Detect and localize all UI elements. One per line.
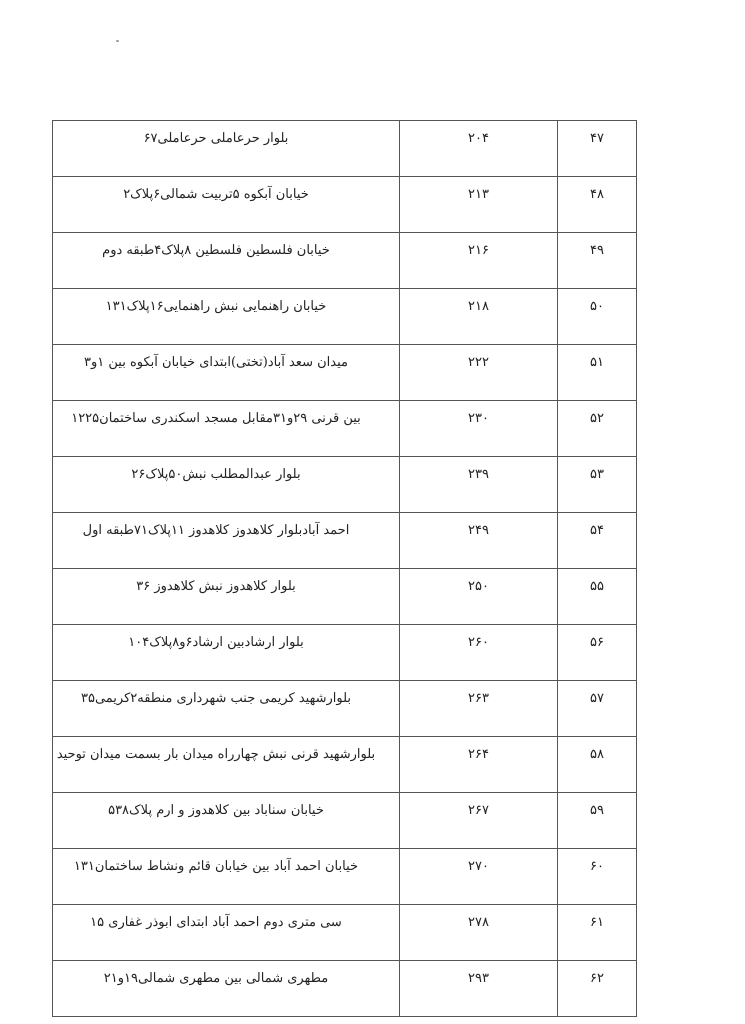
row-index: ۶۱ [558,905,637,961]
row-address: بلوارشهید کریمی جنب شهرداری منطقه۲کریمی۳… [53,681,400,737]
row-index: ۵۴ [558,513,637,569]
row-index: ۴۷ [558,121,637,177]
row-code: ۲۱۸ [400,289,558,345]
row-index: ۵۶ [558,625,637,681]
row-index: ۴۸ [558,177,637,233]
row-code: ۲۱۶ [400,233,558,289]
row-index: ۶۲ [558,961,637,1017]
table-row: ۴۸۲۱۳خیابان آبکوه ۵تربیت شمالی۶پلاک۲ [53,177,637,233]
address-table: ۴۷۲۰۴بلوار حرعاملی حرعاملی۶۷ ۴۸۲۱۳خیابان… [52,120,637,1017]
row-address: خیابان فلسطین فلسطین ۸پلاک۴طبقه دوم [53,233,400,289]
row-index: ۵۸ [558,737,637,793]
row-address: خیابان آبکوه ۵تربیت شمالی۶پلاک۲ [53,177,400,233]
row-code: ۲۳۹ [400,457,558,513]
table-row: ۵۴۲۴۹احمد آبادبلوار کلاهدوز کلاهدوز ۱۱پل… [53,513,637,569]
row-address: احمد آبادبلوار کلاهدوز کلاهدوز ۱۱پلاک۷۱ط… [53,513,400,569]
row-address: بلوارشهید قرنی نبش چهارراه میدان بار بسم… [53,737,400,793]
table-row: ۵۲۲۳۰بین قرنی ۲۹و۳۱مقابل مسجد اسکندری سا… [53,401,637,457]
row-code: ۲۰۴ [400,121,558,177]
row-address: مطهری شمالی بین مطهری شمالی۱۹و۲۱ [53,961,400,1017]
table-row: ۴۷۲۰۴بلوار حرعاملی حرعاملی۶۷ [53,121,637,177]
row-address: خیابان سناباد بین کلاهدوز و ارم پلاک۵۳۸ [53,793,400,849]
row-code: ۲۶۰ [400,625,558,681]
row-index: ۵۷ [558,681,637,737]
row-code: ۲۵۰ [400,569,558,625]
row-index: ۵۱ [558,345,637,401]
table-row: ۴۹۲۱۶خیابان فلسطین فلسطین ۸پلاک۴طبقه دوم [53,233,637,289]
table-row: ۵۷۲۶۳بلوارشهید کریمی جنب شهرداری منطقه۲ک… [53,681,637,737]
row-code: ۲۴۹ [400,513,558,569]
row-address: بین قرنی ۲۹و۳۱مقابل مسجد اسکندری ساختمان… [53,401,400,457]
row-index: ۴۹ [558,233,637,289]
row-address: سی متری دوم احمد آباد ابتدای ابوذر غفاری… [53,905,400,961]
row-code: ۲۶۳ [400,681,558,737]
row-index: ۵۵ [558,569,637,625]
table-row: ۵۰۲۱۸خیابان راهنمایی نبش راهنمایی۱۶پلاک۱… [53,289,637,345]
row-address: میدان سعد آباد(تختی)ابتدای خیابان آبکوه … [53,345,400,401]
row-index: ۶۰ [558,849,637,905]
row-index: ۵۳ [558,457,637,513]
row-address: بلوار عبدالمطلب نبش۵۰پلاک۲۶ [53,457,400,513]
row-address: خیابان راهنمایی نبش راهنمایی۱۶پلاک۱۳۱ [53,289,400,345]
row-code: ۲۷۸ [400,905,558,961]
row-index: ۵۲ [558,401,637,457]
row-code: ۲۶۴ [400,737,558,793]
table-row: ۵۱۲۲۲میدان سعد آباد(تختی)ابتدای خیابان آ… [53,345,637,401]
scan-speck [116,40,119,42]
row-address: بلوار ارشادبین ارشاد۶و۸پلاک۱۰۴ [53,625,400,681]
row-code: ۲۹۳ [400,961,558,1017]
row-address: خیابان احمد آباد بین خیابان قائم ونشاط س… [53,849,400,905]
table-row: ۵۵۲۵۰بلوار کلاهدوز نبش کلاهدوز ۳۶ [53,569,637,625]
row-code: ۲۶۷ [400,793,558,849]
row-index: ۵۹ [558,793,637,849]
table-row: ۶۲۲۹۳مطهری شمالی بین مطهری شمالی۱۹و۲۱ [53,961,637,1017]
row-code: ۲۷۰ [400,849,558,905]
table-row: ۵۹۲۶۷خیابان سناباد بین کلاهدوز و ارم پلا… [53,793,637,849]
table-row: ۵۳۲۳۹بلوار عبدالمطلب نبش۵۰پلاک۲۶ [53,457,637,513]
row-index: ۵۰ [558,289,637,345]
table-row: ۶۱۲۷۸سی متری دوم احمد آباد ابتدای ابوذر … [53,905,637,961]
row-code: ۲۱۳ [400,177,558,233]
table-row: ۵۸۲۶۴بلوارشهید قرنی نبش چهارراه میدان با… [53,737,637,793]
table-row: ۶۰۲۷۰خیابان احمد آباد بین خیابان قائم ون… [53,849,637,905]
row-code: ۲۳۰ [400,401,558,457]
row-code: ۲۲۲ [400,345,558,401]
table-row: ۵۶۲۶۰بلوار ارشادبین ارشاد۶و۸پلاک۱۰۴ [53,625,637,681]
row-address: بلوار کلاهدوز نبش کلاهدوز ۳۶ [53,569,400,625]
row-address: بلوار حرعاملی حرعاملی۶۷ [53,121,400,177]
